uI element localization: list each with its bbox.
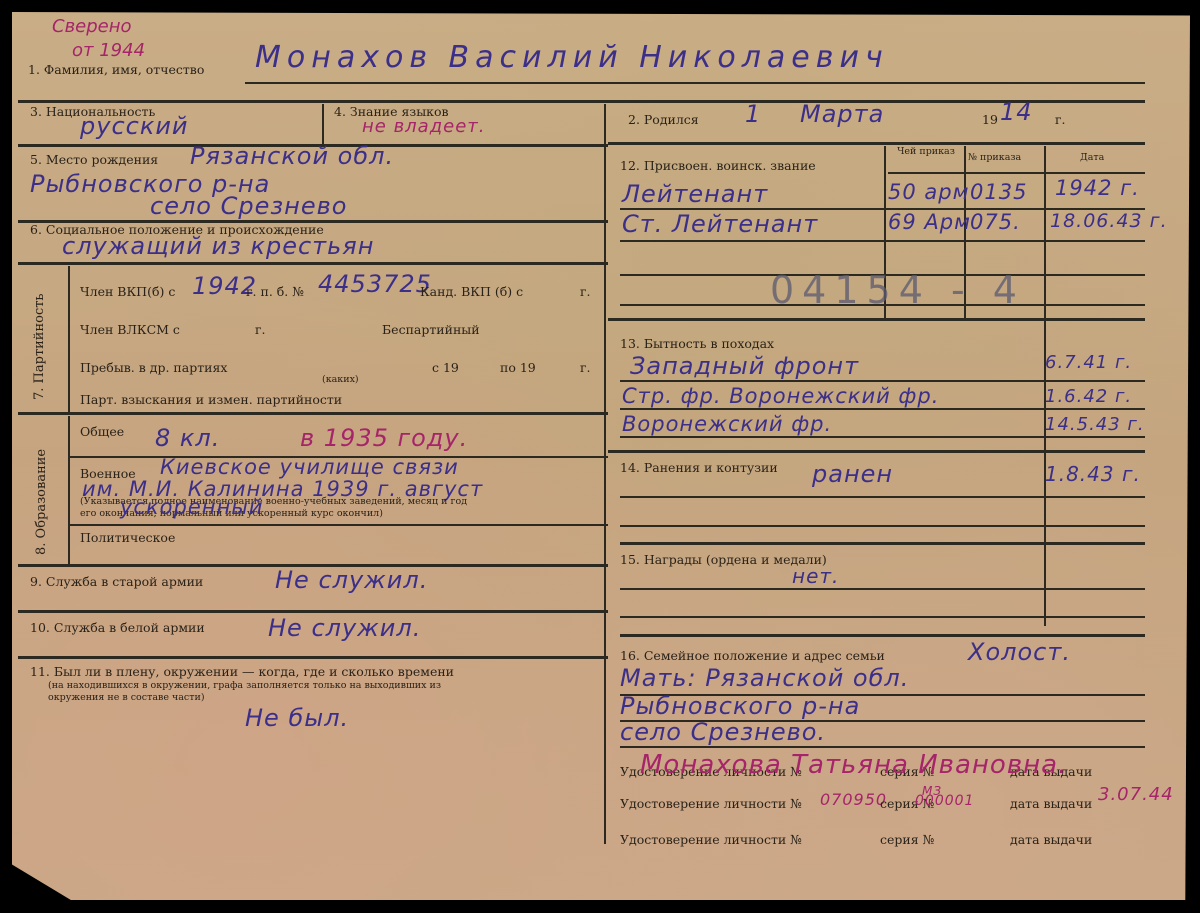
general-education-value: 8 кл. — [155, 424, 220, 452]
rule — [620, 616, 1145, 618]
rank-row-2-date: 18.06.43 г. — [1050, 210, 1168, 232]
rank-row-1-date: 1942 г. — [1055, 176, 1140, 200]
other-parties-hint: (каких) — [322, 374, 359, 385]
id-line-2-label-date: дата выдачи — [1010, 796, 1092, 811]
id-line-2-series: 000001 — [915, 793, 974, 809]
to-label: по 19 — [500, 360, 536, 375]
field-14-label: 14. Ранения и контузии — [620, 460, 778, 475]
rule — [608, 142, 1145, 145]
rank-row-2-order-by: 69 Арм — [888, 210, 971, 234]
rule — [620, 496, 1145, 498]
divider — [68, 266, 70, 414]
rule — [18, 100, 1145, 103]
candidate-unit: г. — [580, 284, 591, 299]
field-5-label: 5. Место рождения — [30, 152, 158, 167]
rule — [70, 524, 608, 526]
field-16-line1: Мать: Рязанской обл. — [620, 664, 909, 692]
rank-row-1-order-no: 0135 — [970, 180, 1027, 204]
field-10-label: 10. Служба в белой армии — [30, 620, 205, 635]
field-5-line1: Рязанской обл. — [190, 142, 394, 170]
verification-stamp-line1: Сверено — [52, 16, 132, 37]
id-line-3-label-date: дата выдачи — [1010, 832, 1092, 847]
field-12-label: 12. Присвоен. воинск. звание — [620, 158, 816, 173]
campaign-row-3: Воронежский фр. — [622, 412, 832, 436]
general-education-year: в 1935 году. — [300, 424, 468, 452]
field-2-label: 2. Родился — [628, 112, 699, 127]
field-2-day: 1 — [745, 100, 761, 128]
id-line-3-label-number: Удостоверение личности № — [620, 832, 802, 847]
rule — [620, 240, 1145, 242]
divider — [322, 104, 324, 144]
rule — [888, 172, 1145, 174]
section-8-label: 8. Образование — [34, 449, 49, 555]
column-divider — [604, 104, 606, 844]
column-header-date: Дата — [1080, 152, 1104, 163]
field-16-line2: Рыбновского р-на — [620, 692, 860, 720]
id-line-2-number: 070950 — [820, 790, 887, 809]
section-7-label: 7. Партийность — [32, 293, 47, 400]
field-2-year-prefix: 19 — [982, 112, 998, 127]
divider — [68, 416, 70, 564]
field-16-label: 16. Семейное положение и адрес семьи — [620, 648, 885, 663]
rank-row-1-order-by: 50 арм — [888, 180, 969, 204]
field-3-nationality: русский — [80, 112, 189, 140]
rule — [620, 746, 1145, 748]
field-13-label: 13. Бытность в походах — [620, 336, 774, 351]
rule — [620, 408, 1145, 410]
rule — [608, 318, 1145, 321]
rule — [18, 262, 608, 265]
rule — [620, 525, 1145, 527]
column-header-order-number: № приказа — [968, 152, 1021, 163]
campaign-row-2-date: 1.6.42 г. — [1045, 386, 1132, 407]
field-15-value: нет. — [792, 564, 839, 588]
field-14-date: 1.8.43 г. — [1045, 462, 1141, 486]
rule — [18, 610, 608, 613]
field-11-hint1: (на находившихся в окружении, графа запо… — [48, 680, 441, 691]
party-card-number: 4453725 — [318, 270, 432, 298]
field-9-value: Не служил. — [275, 566, 428, 594]
field-4-languages: не владеет. — [362, 116, 486, 137]
from-label: с 19 — [432, 360, 459, 375]
penalties-label: Парт. взыскания и измен. партийности — [80, 392, 342, 407]
other-parties-label: Пребыв. в др. партиях — [80, 360, 227, 375]
campaign-row-1-date: 6.7.41 г. — [1045, 352, 1132, 373]
vkp-unit: г. п. б. № — [246, 284, 304, 299]
field-11-label: 11. Был ли в плену, окружении — когда, г… — [30, 664, 454, 679]
rule — [620, 436, 1145, 438]
military-education-line1: Киевское училище связи — [160, 455, 459, 479]
campaign-row-3-date: 14.5.43 г. — [1045, 414, 1145, 435]
rule — [620, 634, 1145, 637]
vkp-member-label: Член ВКП(б) с — [80, 284, 175, 299]
campaign-row-2: Стр. фр. Воронежский фр. — [622, 384, 939, 408]
field-5-line3: село Срезнево — [150, 192, 347, 220]
nonparty-label: Беспартийный — [382, 322, 480, 337]
general-education-label: Общее — [80, 424, 124, 439]
rank-row-2: Ст. Лейтенант — [622, 210, 818, 238]
id-line-2-label-number: Удостоверение личности № — [620, 796, 802, 811]
field-14-value: ранен — [812, 460, 893, 488]
field-11-value: Не был. — [245, 704, 349, 732]
column-header-order-by: Чей приказ — [893, 146, 959, 157]
rule — [620, 588, 1145, 590]
rule — [18, 656, 608, 659]
field-9-label: 9. Служба в старой армии — [30, 574, 203, 589]
rule — [245, 82, 1145, 84]
rule — [620, 380, 1145, 382]
field-6-value: служащий из крестьян — [62, 232, 374, 260]
id-line-3-label-series: серия № — [880, 832, 934, 847]
rank-row-2-order-no: 075. — [970, 210, 1021, 234]
field-2-year-suffix: 14 — [1000, 98, 1033, 126]
id-line-2-date: 3.07.44 — [1098, 784, 1174, 805]
rule — [620, 542, 1145, 545]
vlksm-unit: г. — [255, 322, 266, 337]
vlksm-label: Член ВЛКСМ с — [80, 322, 180, 337]
rule — [18, 412, 608, 415]
field-16-line3: село Срезнево. — [620, 718, 826, 746]
campaign-row-1: Западный фронт — [630, 352, 859, 380]
military-education-line3: ускоренный — [120, 495, 263, 519]
field-11-hint2: окружения не в составе части) — [48, 692, 205, 703]
field-1-fullname: Монахов Василий Николаевич — [255, 40, 889, 75]
field-1-label: 1. Фамилия, имя, отчество — [28, 62, 204, 77]
verification-stamp-line2: от 1944 — [72, 40, 145, 61]
mother-name: Монахова Татьяна Ивановна. — [640, 750, 1067, 780]
rule — [608, 450, 1145, 453]
to-unit: г. — [580, 360, 591, 375]
rule — [620, 304, 1145, 306]
field-16-status: Холост. — [968, 638, 1071, 666]
political-education-label: Политическое — [80, 530, 175, 545]
candidate-label: Канд. ВКП (б) с — [420, 284, 523, 299]
rank-row-1: Лейтенант — [622, 180, 768, 208]
field-2-month: Марта — [800, 100, 884, 128]
field-10-value: Не служил. — [268, 614, 421, 642]
field-2-year-unit: г. — [1055, 112, 1066, 127]
